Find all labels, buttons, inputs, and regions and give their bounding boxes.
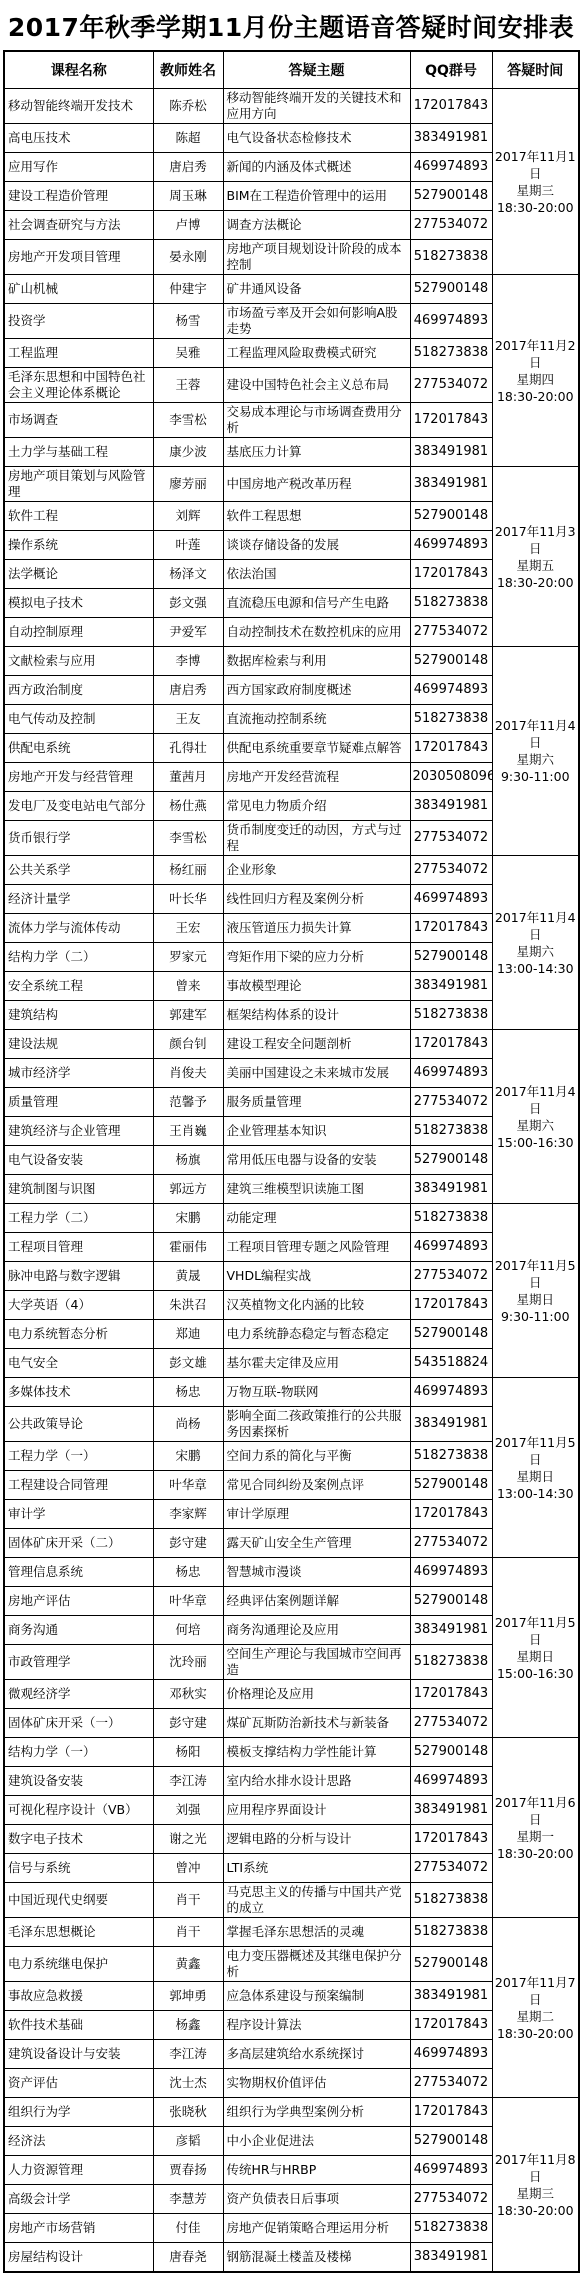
qq-cell: 172017843 [410, 734, 492, 763]
topic-cell: 西方国家政府制度概述 [223, 676, 410, 705]
course-cell: 建设工程造价管理 [4, 182, 153, 211]
time-line: 2017年11月6日 [495, 1794, 577, 1828]
topic-cell: 移动智能终端开发的关键技术和应用方向 [223, 89, 410, 124]
topic-cell: 供配电系统重要章节疑难点解答 [223, 734, 410, 763]
topic-cell: 房地产促销策略合理运用分析 [223, 2214, 410, 2243]
course-cell: 人力资源管理 [4, 2156, 153, 2185]
course-cell: 微观经济学 [4, 1680, 153, 1709]
qq-cell: 277534072 [410, 2185, 492, 2214]
qq-cell: 277534072 [410, 1529, 492, 1558]
topic-cell: BIM在工程造价管理中的运用 [223, 182, 410, 211]
topic-cell: 资产负债表日后事项 [223, 2185, 410, 2214]
time-line: 13:00-14:30 [495, 1485, 577, 1502]
teacher-cell: 邓秋实 [153, 1680, 223, 1709]
topic-cell: 商务沟通理论及应用 [223, 1616, 410, 1645]
table-row: 公共关系学杨红丽企业形象2775340722017年11月4日星期六13:00-… [4, 856, 579, 885]
teacher-cell: 沈士杰 [153, 2069, 223, 2098]
qq-cell: 172017843 [410, 403, 492, 438]
course-cell: 质量管理 [4, 1088, 153, 1117]
course-cell: 固体矿床开采（二） [4, 1529, 153, 1558]
course-cell: 建筑结构 [4, 1001, 153, 1030]
teacher-cell: 晏永刚 [153, 240, 223, 275]
qq-cell: 469974893 [410, 531, 492, 560]
teacher-cell: 杨阳 [153, 1738, 223, 1767]
time-cell: 2017年11月4日星期六9:30-11:00 [492, 647, 579, 856]
course-cell: 脉冲电路与数字逻辑 [4, 1262, 153, 1291]
course-cell: 工程力学（二） [4, 1204, 153, 1233]
topic-cell: 汉英植物文化内涵的比较 [223, 1291, 410, 1320]
topic-cell: 电气设备状态检修技术 [223, 124, 410, 153]
time-line: 2017年11月3日 [495, 523, 577, 557]
topic-cell: 程序设计算法 [223, 2011, 410, 2040]
course-cell: 中国近现代史纲要 [4, 1883, 153, 1918]
topic-cell: 模板支撑结构力学性能计算 [223, 1738, 410, 1767]
teacher-cell: 尹爱军 [153, 618, 223, 647]
table-row: 矿山机械仲建宇矿井通风设备5279001482017年11月2日星期四18:30… [4, 275, 579, 304]
course-cell: 房地产开发项目管理 [4, 240, 153, 275]
topic-cell: 建筑三维模型识读施工图 [223, 1175, 410, 1204]
course-cell: 结构力学（一） [4, 1738, 153, 1767]
topic-cell: 空间生产理论与我国城市空间再造 [223, 1645, 410, 1680]
qq-cell: 527900148 [410, 1320, 492, 1349]
course-cell: 房地产市场营销 [4, 2214, 153, 2243]
course-cell: 电力系统暂态分析 [4, 1320, 153, 1349]
course-cell: 投资学 [4, 304, 153, 339]
time-line: 星期五 [495, 557, 577, 574]
time-line: 2017年11月7日 [495, 1974, 577, 2008]
teacher-cell: 杨雪 [153, 304, 223, 339]
teacher-cell: 李家辉 [153, 1500, 223, 1529]
teacher-cell: 罗家元 [153, 943, 223, 972]
course-cell: 工程力学（一） [4, 1442, 153, 1471]
qq-cell: 383491981 [410, 1982, 492, 2011]
topic-cell: 应用程序界面设计 [223, 1796, 410, 1825]
course-cell: 电力系统继电保护 [4, 1947, 153, 1982]
qq-cell: 277534072 [410, 1854, 492, 1883]
teacher-cell: 叶莲 [153, 531, 223, 560]
topic-cell: 数据库检索与利用 [223, 647, 410, 676]
time-cell: 2017年11月2日星期四18:30-20:00 [492, 275, 579, 467]
topic-cell: VHDL编程实战 [223, 1262, 410, 1291]
topic-cell: 掌握毛泽东思想活的灵魂 [223, 1918, 410, 1947]
course-cell: 供配电系统 [4, 734, 153, 763]
column-header-course: 课程名称 [4, 51, 153, 89]
topic-cell: 中国房地产税改革历程 [223, 467, 410, 502]
topic-cell: 新闻的内涵及体式概述 [223, 153, 410, 182]
teacher-cell: 贾春扬 [153, 2156, 223, 2185]
topic-cell: 基尔霍夫定律及应用 [223, 1349, 410, 1378]
teacher-cell: 卢博 [153, 211, 223, 240]
teacher-cell: 李雪松 [153, 821, 223, 856]
teacher-cell: 董茜月 [153, 763, 223, 792]
qq-cell: 172017843 [410, 1680, 492, 1709]
schedule-table: 课程名称 教师姓名 答疑主题 QQ群号 答疑时间 移动智能终端开发技术陈乔松移动… [3, 50, 580, 2273]
course-cell: 文献检索与应用 [4, 647, 153, 676]
time-line: 18:30-20:00 [495, 2025, 577, 2042]
time-line: 13:00-14:30 [495, 960, 577, 977]
topic-cell: 组织行为学典型案例分析 [223, 2098, 410, 2127]
course-cell: 审计学 [4, 1500, 153, 1529]
topic-cell: 经典评估案例题详解 [223, 1587, 410, 1616]
topic-cell: 房地产开发经营流程 [223, 763, 410, 792]
topic-cell: 审计学原理 [223, 1500, 410, 1529]
qq-cell: 527900148 [410, 1471, 492, 1500]
topic-cell: 中小企业促进法 [223, 2127, 410, 2156]
qq-cell: 469974893 [410, 1767, 492, 1796]
qq-cell: 518273838 [410, 240, 492, 275]
table-row: 组织行为学张晓秋组织行为学典型案例分析1720178432017年11月8日星期… [4, 2098, 579, 2127]
topic-cell: 露天矿山安全生产管理 [223, 1529, 410, 1558]
qq-cell: 172017843 [410, 1030, 492, 1059]
course-cell: 商务沟通 [4, 1616, 153, 1645]
course-cell: 公共政策导论 [4, 1407, 153, 1442]
time-line: 星期四 [495, 371, 577, 388]
course-cell: 房屋结构设计 [4, 2243, 153, 2273]
topic-cell: 常用低压电器与设备的安装 [223, 1146, 410, 1175]
course-cell: 毛泽东思想和中国特色社会主义理论体系概论 [4, 368, 153, 403]
teacher-cell: 康少波 [153, 438, 223, 467]
teacher-cell: 王宏 [153, 914, 223, 943]
teacher-cell: 陈超 [153, 124, 223, 153]
teacher-cell: 颜台钊 [153, 1030, 223, 1059]
qq-cell: 277534072 [410, 856, 492, 885]
qq-cell: 527900148 [410, 1947, 492, 1982]
topic-cell: 常见电力物质介绍 [223, 792, 410, 821]
teacher-cell: 宋鹏 [153, 1204, 223, 1233]
topic-cell: 货币制度变迁的动因，方式与过程 [223, 821, 410, 856]
qq-cell: 277534072 [410, 618, 492, 647]
topic-cell: 影响全面二孩政策推行的公共服务因素探析 [223, 1407, 410, 1442]
teacher-cell: 郭建军 [153, 1001, 223, 1030]
time-line: 2017年11月2日 [495, 337, 577, 371]
topic-cell: 服务质量管理 [223, 1088, 410, 1117]
teacher-cell: 何培 [153, 1616, 223, 1645]
topic-cell: 房地产项目规划设计阶段的成本控制 [223, 240, 410, 275]
course-cell: 应用写作 [4, 153, 153, 182]
topic-cell: 调查方法概论 [223, 211, 410, 240]
teacher-cell: 曾来 [153, 972, 223, 1001]
table-row: 移动智能终端开发技术陈乔松移动智能终端开发的关键技术和应用方向172017843… [4, 89, 579, 124]
qq-cell: 543518824 [410, 1349, 492, 1378]
qq-cell: 469974893 [410, 1059, 492, 1088]
column-header-topic: 答疑主题 [223, 51, 410, 89]
time-cell: 2017年11月4日星期六15:00-16:30 [492, 1030, 579, 1204]
time-line: 15:00-16:30 [495, 1134, 577, 1151]
table-row: 文献检索与应用李博数据库检索与利用5279001482017年11月4日星期六9… [4, 647, 579, 676]
table-row: 工程力学（二）宋鹏动能定理5182738382017年11月5日星期日9:30-… [4, 1204, 579, 1233]
teacher-cell: 叶长华 [153, 885, 223, 914]
qq-cell: 518273838 [410, 1645, 492, 1680]
course-cell: 法学概论 [4, 560, 153, 589]
course-cell: 操作系统 [4, 531, 153, 560]
course-cell: 大学英语（4） [4, 1291, 153, 1320]
time-line: 18:30-20:00 [495, 2202, 577, 2219]
qq-cell: 527900148 [410, 2127, 492, 2156]
qq-cell: 383491981 [410, 467, 492, 502]
topic-cell: 马克思主义的传播与中国共产党的成立 [223, 1883, 410, 1918]
topic-cell: 常见合同纠纷及案例点评 [223, 1471, 410, 1500]
teacher-cell: 谢之光 [153, 1825, 223, 1854]
qq-cell: 469974893 [410, 676, 492, 705]
teacher-cell: 彦韬 [153, 2127, 223, 2156]
course-cell: 市政管理学 [4, 1645, 153, 1680]
topic-cell: 事故模型理论 [223, 972, 410, 1001]
teacher-cell: 杨忠 [153, 1378, 223, 1407]
teacher-cell: 唐启秀 [153, 676, 223, 705]
course-cell: 固体矿床开采（一） [4, 1709, 153, 1738]
course-cell: 工程项目管理 [4, 1233, 153, 1262]
teacher-cell: 王友 [153, 705, 223, 734]
qq-cell: 172017843 [410, 2011, 492, 2040]
qq-cell: 518273838 [410, 705, 492, 734]
qq-cell: 172017843 [410, 1291, 492, 1320]
time-cell: 2017年11月4日星期六13:00-14:30 [492, 856, 579, 1030]
course-cell: 移动智能终端开发技术 [4, 89, 153, 124]
time-cell: 2017年11月5日星期日9:30-11:00 [492, 1204, 579, 1378]
topic-cell: 企业管理基本知识 [223, 1117, 410, 1146]
course-cell: 矿山机械 [4, 275, 153, 304]
course-cell: 软件技术基础 [4, 2011, 153, 2040]
time-line: 2017年11月5日 [495, 1614, 577, 1648]
course-cell: 电气设备安装 [4, 1146, 153, 1175]
qq-cell: 277534072 [410, 1088, 492, 1117]
time-line: 星期六 [495, 751, 577, 768]
course-cell: 房地产开发与经营管理 [4, 763, 153, 792]
teacher-cell: 孔得壮 [153, 734, 223, 763]
qq-cell: 469974893 [410, 1233, 492, 1262]
teacher-cell: 李江涛 [153, 1767, 223, 1796]
teacher-cell: 叶华章 [153, 1471, 223, 1500]
topic-cell: 逻辑电路的分析与设计 [223, 1825, 410, 1854]
qq-cell: 383491981 [410, 438, 492, 467]
time-cell: 2017年11月7日星期二18:30-20:00 [492, 1918, 579, 2098]
table-row: 毛泽东思想概论肖干掌握毛泽东思想活的灵魂5182738382017年11月7日星… [4, 1918, 579, 1947]
qq-cell: 277534072 [410, 1709, 492, 1738]
qq-cell: 277534072 [410, 2069, 492, 2098]
topic-cell: 电力系统静态稳定与暂态稳定 [223, 1320, 410, 1349]
time-cell: 2017年11月5日星期日15:00-16:30 [492, 1558, 579, 1738]
topic-cell: 企业形象 [223, 856, 410, 885]
qq-cell: 527900148 [410, 182, 492, 211]
qq-cell: 527900148 [410, 1146, 492, 1175]
course-cell: 自动控制原理 [4, 618, 153, 647]
teacher-cell: 周玉琳 [153, 182, 223, 211]
time-cell: 2017年11月6日星期一18:30-20:00 [492, 1738, 579, 1918]
time-line: 星期六 [495, 1117, 577, 1134]
course-cell: 工程监理 [4, 339, 153, 368]
course-cell: 社会调查研究与方法 [4, 211, 153, 240]
topic-cell: 市场盈亏率及开会如何影响A股走势 [223, 304, 410, 339]
teacher-cell: 仲建宇 [153, 275, 223, 304]
topic-cell: 谈谈存储设备的发展 [223, 531, 410, 560]
topic-cell: 工程项目管理专题之风险管理 [223, 1233, 410, 1262]
course-cell: 公共关系学 [4, 856, 153, 885]
course-cell: 软件工程 [4, 502, 153, 531]
teacher-cell: 肖干 [153, 1883, 223, 1918]
topic-cell: 价格理论及应用 [223, 1680, 410, 1709]
teacher-cell: 叶华章 [153, 1587, 223, 1616]
teacher-cell: 范馨予 [153, 1088, 223, 1117]
course-cell: 建筑设备设计与安装 [4, 2040, 153, 2069]
topic-cell: 框架结构体系的设计 [223, 1001, 410, 1030]
teacher-cell: 唐春尧 [153, 2243, 223, 2273]
topic-cell: 美丽中国建设之未来城市发展 [223, 1059, 410, 1088]
teacher-cell: 彭守建 [153, 1709, 223, 1738]
topic-cell: 液压管道压力损失计算 [223, 914, 410, 943]
teacher-cell: 沈玲丽 [153, 1645, 223, 1680]
page: 2017年秋季学期11月份主题语音答疑时间安排表 课程名称 教师姓名 答疑主题 … [0, 8, 582, 2273]
time-line: 星期日 [495, 1648, 577, 1665]
time-line: 9:30-11:00 [495, 1308, 577, 1325]
column-header-teacher: 教师姓名 [153, 51, 223, 89]
time-line: 星期二 [495, 2008, 577, 2025]
header-row: 课程名称 教师姓名 答疑主题 QQ群号 答疑时间 [4, 51, 579, 89]
qq-cell: 518273838 [410, 1918, 492, 1947]
teacher-cell: 廖芳丽 [153, 467, 223, 502]
teacher-cell: 李博 [153, 647, 223, 676]
qq-cell: 469974893 [410, 885, 492, 914]
topic-cell: 煤矿瓦斯防治新技术与新装备 [223, 1709, 410, 1738]
table-row: 多媒体技术杨忠万物互联-物联网4699748932017年11月5日星期日13:… [4, 1378, 579, 1407]
teacher-cell: 郭坤勇 [153, 1982, 223, 2011]
topic-cell: 动能定理 [223, 1204, 410, 1233]
page-title: 2017年秋季学期11月份主题语音答疑时间安排表 [0, 8, 582, 44]
teacher-cell: 李慧芳 [153, 2185, 223, 2214]
qq-cell: 277534072 [410, 1262, 492, 1291]
topic-cell: 钢筋混凝土楼盖及楼梯 [223, 2243, 410, 2273]
course-cell: 模拟电子技术 [4, 589, 153, 618]
course-cell: 土力学与基础工程 [4, 438, 153, 467]
qq-cell: 383491981 [410, 2243, 492, 2273]
teacher-cell: 郭远方 [153, 1175, 223, 1204]
time-line: 18:30-20:00 [495, 388, 577, 405]
qq-cell: 518273838 [410, 2214, 492, 2243]
qq-cell: 518273838 [410, 339, 492, 368]
qq-cell: 518273838 [410, 1117, 492, 1146]
teacher-cell: 杨泽文 [153, 560, 223, 589]
course-cell: 城市经济学 [4, 1059, 153, 1088]
teacher-cell: 杨旗 [153, 1146, 223, 1175]
time-cell: 2017年11月1日星期三18:30-20:00 [492, 89, 579, 275]
qq-cell: 383491981 [410, 1175, 492, 1204]
topic-cell: 直流拖动控制系统 [223, 705, 410, 734]
teacher-cell: 王蓉 [153, 368, 223, 403]
topic-cell: 应急体系建设与预案编制 [223, 1982, 410, 2011]
course-cell: 管理信息系统 [4, 1558, 153, 1587]
teacher-cell: 吴雅 [153, 339, 223, 368]
qq-cell: 172017843 [410, 2098, 492, 2127]
time-line: 星期三 [495, 2185, 577, 2202]
course-cell: 组织行为学 [4, 2098, 153, 2127]
course-cell: 数字电子技术 [4, 1825, 153, 1854]
course-cell: 事故应急救援 [4, 1982, 153, 2011]
course-cell: 房地产评估 [4, 1587, 153, 1616]
teacher-cell: 彭文强 [153, 589, 223, 618]
qq-cell: 469974893 [410, 1558, 492, 1587]
column-header-qq: QQ群号 [410, 51, 492, 89]
topic-cell: 交易成本理论与市场调查费用分析 [223, 403, 410, 438]
course-cell: 建筑制图与识图 [4, 1175, 153, 1204]
teacher-cell: 朱洪召 [153, 1291, 223, 1320]
qq-cell: 527900148 [410, 647, 492, 676]
qq-cell: 383491981 [410, 972, 492, 1001]
qq-cell: 518273838 [410, 1204, 492, 1233]
topic-cell: 软件工程思想 [223, 502, 410, 531]
schedule-body: 移动智能终端开发技术陈乔松移动智能终端开发的关键技术和应用方向172017843… [4, 89, 579, 2273]
teacher-cell: 宋鹏 [153, 1442, 223, 1471]
course-cell: 房地产项目策划与风险管理 [4, 467, 153, 502]
teacher-cell: 黄鑫 [153, 1947, 223, 1982]
course-cell: 货币银行学 [4, 821, 153, 856]
qq-cell: 469974893 [410, 304, 492, 339]
teacher-cell: 彭文雄 [153, 1349, 223, 1378]
course-cell: 经济计量学 [4, 885, 153, 914]
qq-cell: 527900148 [410, 943, 492, 972]
table-row: 房地产项目策划与风险管理廖芳丽中国房地产税改革历程3834919812017年1… [4, 467, 579, 502]
teacher-cell: 霍丽伟 [153, 1233, 223, 1262]
topic-cell: LTI系统 [223, 1854, 410, 1883]
course-cell: 可视化程序设计（VB） [4, 1796, 153, 1825]
teacher-cell: 刘强 [153, 1796, 223, 1825]
qq-cell: 383491981 [410, 124, 492, 153]
time-line: 18:30-20:00 [495, 1845, 577, 1862]
course-cell: 信号与系统 [4, 1854, 153, 1883]
course-cell: 建设法规 [4, 1030, 153, 1059]
time-line: 2017年11月5日 [495, 1434, 577, 1468]
teacher-cell: 彭守建 [153, 1529, 223, 1558]
qq-cell: 172017843 [410, 914, 492, 943]
time-line: 18:30-20:00 [495, 199, 577, 216]
qq-cell: 527900148 [410, 502, 492, 531]
teacher-cell: 杨红丽 [153, 856, 223, 885]
topic-cell: 多高层建筑给水系统探讨 [223, 2040, 410, 2069]
qq-cell: 172017843 [410, 560, 492, 589]
course-cell: 电气传动及控制 [4, 705, 153, 734]
teacher-cell: 尚杨 [153, 1407, 223, 1442]
qq-cell: 172017843 [410, 89, 492, 124]
teacher-cell: 杨鑫 [153, 2011, 223, 2040]
topic-cell: 自动控制技术在数控机床的应用 [223, 618, 410, 647]
topic-cell: 传统HR与HRBP [223, 2156, 410, 2185]
qq-cell: 383491981 [410, 1407, 492, 1442]
topic-cell: 矿井通风设备 [223, 275, 410, 304]
qq-cell: 172017843 [410, 1500, 492, 1529]
teacher-cell: 曾冲 [153, 1854, 223, 1883]
course-cell: 市场调查 [4, 403, 153, 438]
teacher-cell: 李雪松 [153, 403, 223, 438]
qq-cell: 277534072 [410, 821, 492, 856]
course-cell: 资产评估 [4, 2069, 153, 2098]
time-line: 星期一 [495, 1828, 577, 1845]
course-cell: 安全系统工程 [4, 972, 153, 1001]
qq-cell: 277534072 [410, 211, 492, 240]
course-cell: 高级会计学 [4, 2185, 153, 2214]
qq-cell: 518273838 [410, 589, 492, 618]
table-row: 结构力学（一）杨阳模板支撑结构力学性能计算5279001482017年11月6日… [4, 1738, 579, 1767]
qq-cell: 2030508096 [410, 763, 492, 792]
topic-cell: 电力变压器概述及其继电保护分析 [223, 1947, 410, 1982]
time-line: 星期日 [495, 1468, 577, 1485]
qq-cell: 172017843 [410, 1825, 492, 1854]
column-header-time: 答疑时间 [492, 51, 579, 89]
course-cell: 建筑经济与企业管理 [4, 1117, 153, 1146]
topic-cell: 建设中国特色社会主义总布局 [223, 368, 410, 403]
time-line: 2017年11月4日 [495, 1083, 577, 1117]
teacher-cell: 刘辉 [153, 502, 223, 531]
teacher-cell: 黄晟 [153, 1262, 223, 1291]
time-line: 18:30-20:00 [495, 574, 577, 591]
qq-cell: 527900148 [410, 275, 492, 304]
